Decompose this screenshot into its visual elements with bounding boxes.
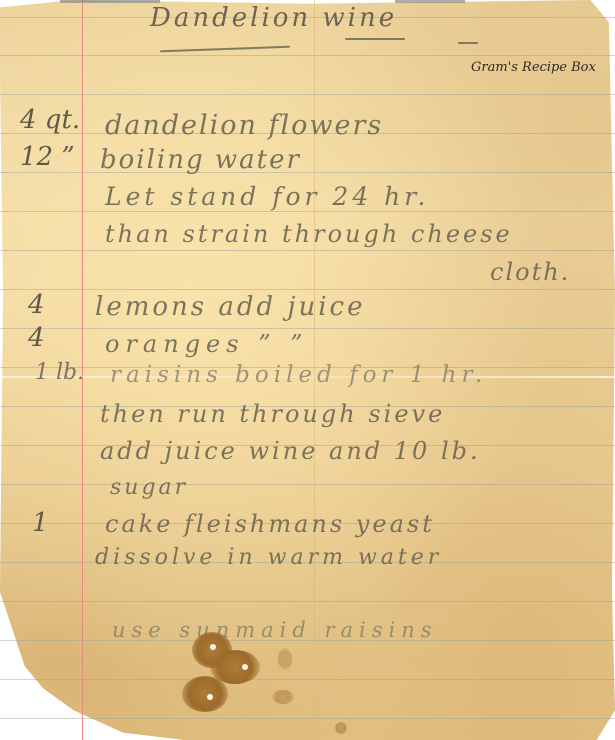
top-tape-strip: [60, 0, 160, 3]
title-dash: [458, 42, 478, 44]
recipe-line: oranges ” ”: [105, 330, 308, 358]
recipe-line: raisins boiled for 1 hr.: [110, 362, 487, 388]
coffee-stain: [182, 676, 228, 712]
recipe-line: cloth.: [490, 258, 570, 286]
quantity: 4: [28, 323, 45, 353]
title-underline: [345, 38, 405, 40]
quantity: 4: [28, 290, 45, 320]
quantity: 12 ”: [20, 142, 75, 172]
recipe-line: boiling water: [100, 145, 301, 175]
small-stain: [278, 648, 292, 670]
recipe-line: add juice wine and 10 lb.: [100, 437, 481, 465]
recipe-line: sugar: [110, 475, 188, 500]
top-tape-strip: [395, 0, 465, 3]
recipe-line: dissolve in warm water: [95, 545, 442, 570]
quantity: 1 lb.: [35, 360, 84, 385]
recipe-line: then run through sieve: [100, 400, 445, 428]
recipe-line: lemons add juice: [95, 292, 366, 322]
quantity: 4 qt.: [20, 105, 80, 135]
small-stain: [272, 690, 294, 704]
recipe-line: than strain through cheese: [105, 220, 513, 248]
small-stain: [335, 722, 347, 734]
recipe-line: cake fleishmans yeast: [105, 510, 435, 538]
quantity: 1: [32, 508, 49, 538]
recipe-line: Let stand for 24 hr.: [105, 182, 429, 211]
recipe-line: dandelion flowers: [105, 110, 383, 141]
recipe-line: use sunmaid raisins: [112, 618, 438, 642]
recipe-title: Dandelion wine: [150, 3, 397, 33]
watermark-label: Gram's Recipe Box: [471, 60, 596, 75]
